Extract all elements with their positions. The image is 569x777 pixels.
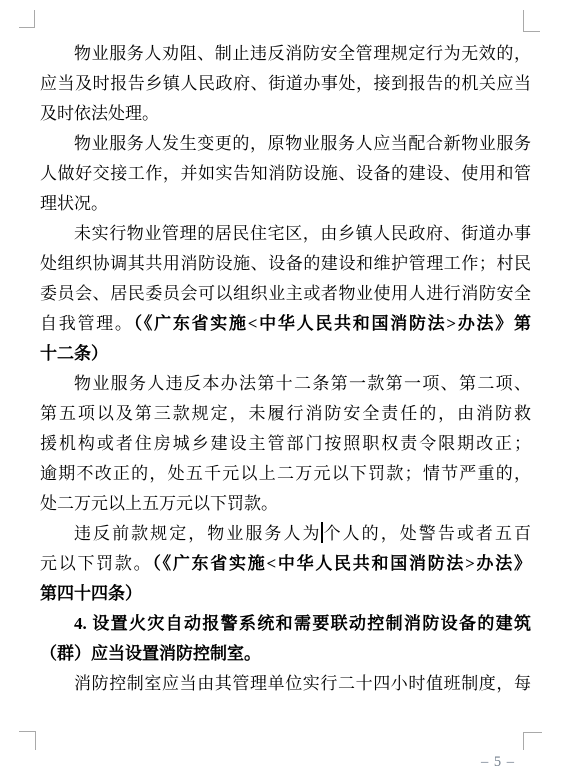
body-text-segment: 第五项以及第三款规定，未履行消防安全责任的，由消防救 bbox=[40, 404, 531, 423]
body-text-segment: 理状况。 bbox=[40, 194, 108, 213]
text-line[interactable]: 人做好交接工作，并如实告知消防设施、设备的建设、使用和管 bbox=[40, 159, 531, 189]
body-text-segment: 及时依法处理。 bbox=[40, 104, 159, 123]
body-text-segment: 个人的，处警告或者五百 bbox=[322, 524, 531, 543]
text-line[interactable]: 理状况。 bbox=[40, 189, 531, 219]
body-text-segment: 自我管理。 bbox=[40, 314, 134, 333]
body-text-segment: 应当及时报告乡镇人民政府、街道办事处，接到报告的机关应当 bbox=[40, 74, 531, 93]
text-line[interactable]: 自我管理。（《广东省实施<中华人民共和国消防法>办法》第 bbox=[40, 309, 531, 339]
text-line[interactable]: 元以下罚款。（《广东省实施<中华人民共和国消防法>办法》 bbox=[40, 549, 531, 579]
bold-text-segment: 第四十四条） bbox=[40, 584, 142, 603]
text-line[interactable]: 逾期不改正的，处五千元以上二万元以下罚款；情节严重的， bbox=[40, 459, 531, 489]
bold-text-segment: 十二条） bbox=[40, 344, 108, 363]
body-text-segment: 人做好交接工作，并如实告知消防设施、设备的建设、使用和管 bbox=[40, 164, 531, 183]
text-line[interactable]: 未实行物业管理的居民住宅区，由乡镇人民政府、街道办事 bbox=[40, 219, 531, 249]
document-page[interactable]: 物业服务人劝阻、制止违反消防安全管理规定行为无效的，应当及时报告乡镇人民政府、街… bbox=[0, 0, 569, 777]
margin-mark-bottom-right-icon bbox=[523, 732, 542, 750]
text-line[interactable]: （群）应当设置消防控制室。 bbox=[40, 639, 531, 669]
body-text-segment: 委员会、居民委员会可以组织业主或者物业使用人进行消防安全 bbox=[40, 284, 531, 303]
text-line[interactable]: 物业服务人劝阻、制止违反消防安全管理规定行为无效的， bbox=[40, 39, 531, 69]
bold-text-segment: （群）应当设置消防控制室。 bbox=[40, 644, 261, 663]
body-text-segment: 逾期不改正的，处五千元以上二万元以下罚款；情节严重的， bbox=[40, 464, 531, 483]
document-text-area[interactable]: 物业服务人劝阻、制止违反消防安全管理规定行为无效的，应当及时报告乡镇人民政府、街… bbox=[40, 39, 531, 699]
body-text-segment: 未实行物业管理的居民住宅区，由乡镇人民政府、街道办事 bbox=[74, 224, 531, 243]
bold-text-segment: （《广东省实施<中华人民共和国消防法>办法》 bbox=[152, 554, 531, 573]
text-line[interactable]: 消防控制室应当由其管理单位实行二十四小时值班制度，每 bbox=[40, 669, 531, 699]
text-line[interactable]: 应当及时报告乡镇人民政府、街道办事处，接到报告的机关应当 bbox=[40, 69, 531, 99]
body-text-segment: 物业服务人违反本办法第十二条第一款第一项、第二项、 bbox=[74, 374, 531, 393]
text-line[interactable]: 违反前款规定，物业服务人为个人的，处警告或者五百 bbox=[40, 519, 531, 549]
text-line[interactable]: 处组织协调其共用消防设施、设备的建设和维护管理工作；村民 bbox=[40, 249, 531, 279]
text-line[interactable]: 第四十四条） bbox=[40, 579, 531, 609]
body-text-segment: 处二万元以上五万元以下罚款。 bbox=[40, 494, 278, 513]
text-line[interactable]: 处二万元以上五万元以下罚款。 bbox=[40, 489, 531, 519]
body-text-segment: 处组织协调其共用消防设施、设备的建设和维护管理工作；村民 bbox=[40, 254, 531, 273]
body-text-segment: 援机构或者住房城乡建设主管部门按照职权责令限期改正； bbox=[40, 434, 531, 453]
bold-text-segment: 4. 设置火灾自动报警系统和需要联动控制消防设备的建筑 bbox=[74, 614, 531, 633]
text-line[interactable]: 十二条） bbox=[40, 339, 531, 369]
text-line[interactable]: 援机构或者住房城乡建设主管部门按照职权责令限期改正； bbox=[40, 429, 531, 459]
page-number: – 5 – bbox=[481, 754, 515, 771]
margin-mark-bottom-left-icon bbox=[19, 731, 36, 750]
body-text-segment: 违反前款规定，物业服务人为 bbox=[74, 524, 322, 543]
text-line[interactable]: 及时依法处理。 bbox=[40, 99, 531, 129]
text-line[interactable]: 4. 设置火灾自动报警系统和需要联动控制消防设备的建筑 bbox=[40, 609, 531, 639]
text-line[interactable]: 第五项以及第三款规定，未履行消防安全责任的，由消防救 bbox=[40, 399, 531, 429]
body-text-segment: 消防控制室应当由其管理单位实行二十四小时值班制度，每 bbox=[74, 674, 531, 693]
body-text-segment: 元以下罚款。 bbox=[40, 554, 152, 573]
bold-text-segment: （《广东省实施<中华人民共和国消防法>办法》第 bbox=[134, 314, 531, 333]
margin-mark-top-right-icon bbox=[523, 10, 540, 32]
body-text-segment: 物业服务人劝阻、制止违反消防安全管理规定行为无效的， bbox=[74, 44, 531, 63]
body-text-segment: 物业服务人发生变更的，原物业服务人应当配合新物业服务 bbox=[74, 134, 531, 153]
text-line[interactable]: 物业服务人违反本办法第十二条第一款第一项、第二项、 bbox=[40, 369, 531, 399]
margin-mark-top-left-icon bbox=[19, 10, 35, 28]
text-line[interactable]: 物业服务人发生变更的，原物业服务人应当配合新物业服务 bbox=[40, 129, 531, 159]
text-line[interactable]: 委员会、居民委员会可以组织业主或者物业使用人进行消防安全 bbox=[40, 279, 531, 309]
